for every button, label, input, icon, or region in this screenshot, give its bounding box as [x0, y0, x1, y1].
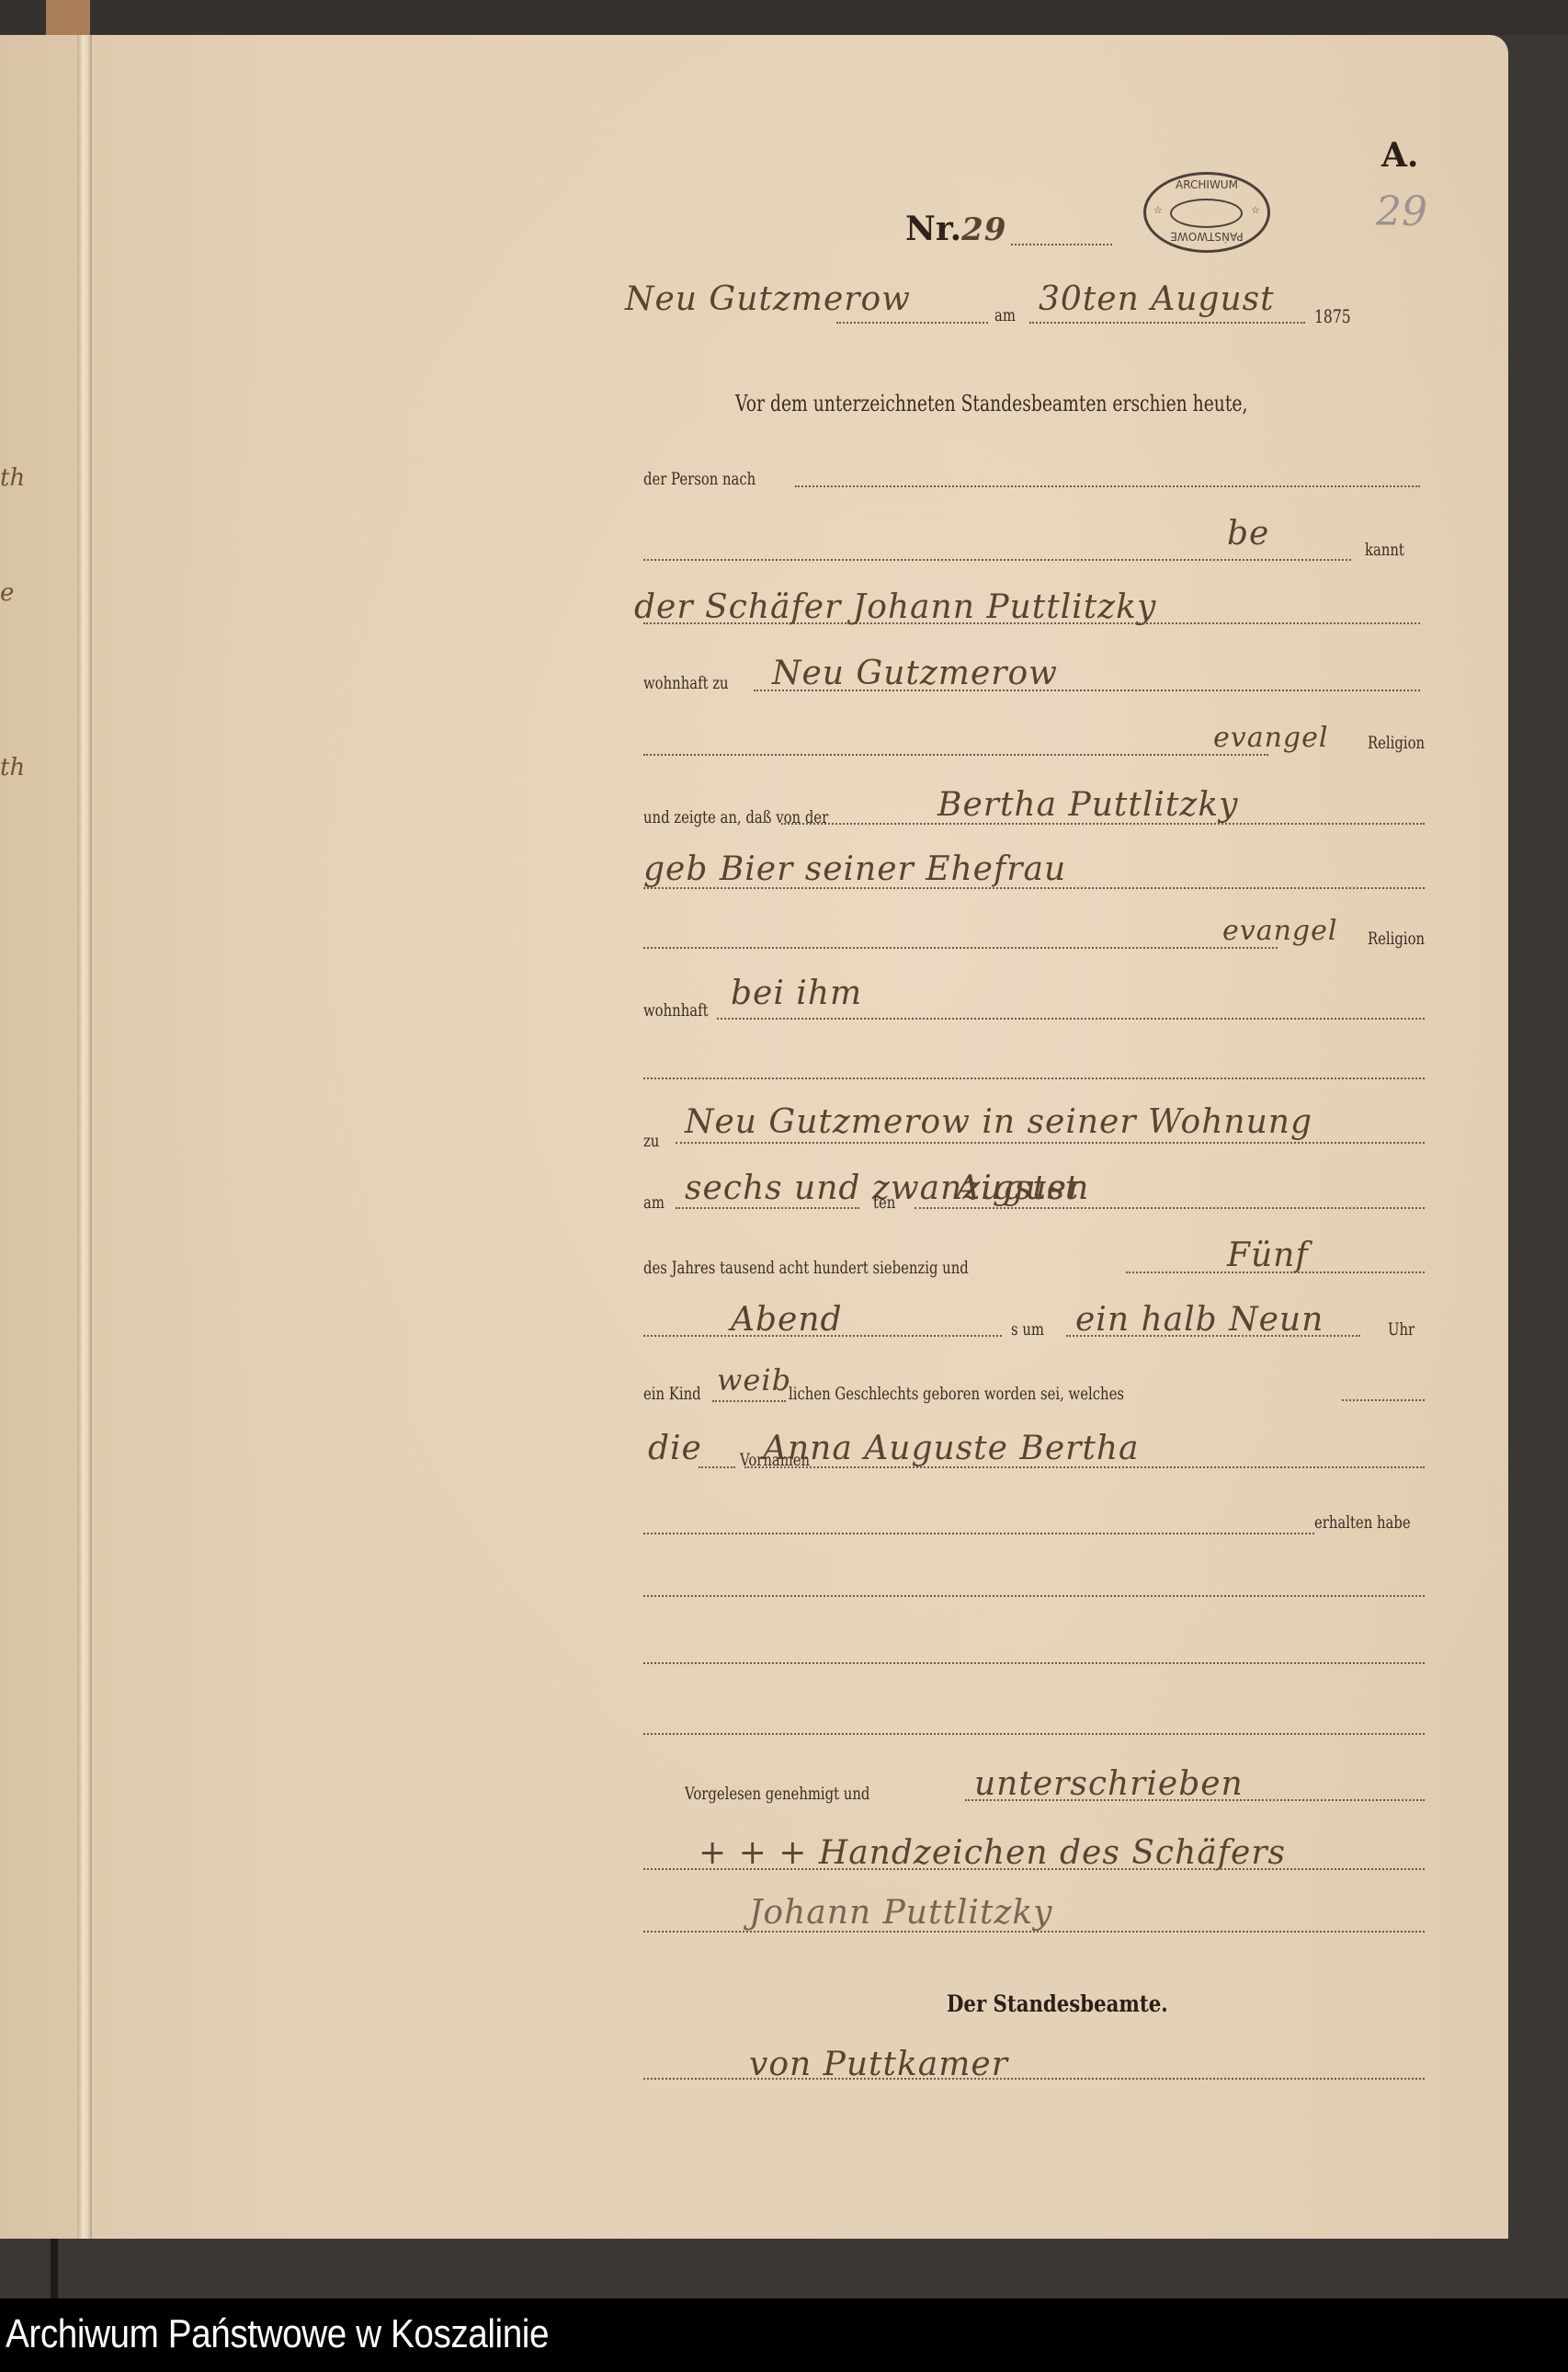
religion-label: Religion	[1368, 929, 1425, 949]
pencil-page-number: 29	[1376, 188, 1427, 235]
mother-residence-label: wohnhaft	[643, 1000, 709, 1021]
stamp-bottom-text: PAŃSTWOWE	[1146, 230, 1267, 243]
record-number-label: Nr.	[905, 210, 961, 248]
residence-label: wohnhaft zu	[643, 673, 729, 693]
dotted-line	[1011, 244, 1112, 245]
birth-year-handwritten: Fünf	[1227, 1237, 1309, 1274]
dotted-line	[1066, 1335, 1360, 1337]
official-title: Der Standesbeamte.	[947, 1990, 1168, 2017]
dotted-line	[643, 1931, 1425, 1933]
signature-mark-line: + + + Handzeichen des Schäfers	[699, 1834, 1286, 1872]
known-handwritten: be	[1227, 515, 1269, 553]
approval-handwritten: unterschrieben	[974, 1765, 1244, 1803]
archive-footer-label: Archiwum Państwowe w Koszalinie	[6, 2311, 549, 2357]
series-letter: A.	[1381, 136, 1418, 175]
names-prefix: die	[648, 1430, 702, 1467]
dotted-line	[643, 1733, 1425, 1735]
dotted-line	[1029, 322, 1305, 324]
birth-hour: ein halb Neun	[1075, 1301, 1324, 1339]
dotted-line	[836, 322, 988, 324]
star-icon: ☆	[1251, 204, 1260, 216]
dotted-line	[915, 1207, 1425, 1209]
dotted-line	[643, 1868, 1425, 1870]
dotted-line	[643, 1533, 1314, 1534]
declarant-signature: Johann Puttlitzky	[749, 1894, 1053, 1932]
birth-month: August	[956, 1169, 1079, 1207]
dotted-line	[643, 754, 1268, 756]
dotted-line	[712, 1400, 786, 1402]
day-suffix: ten	[873, 1192, 895, 1213]
person-label: der Person nach	[643, 469, 756, 489]
book-top-edge	[0, 0, 1568, 35]
known-suffix: kannt	[1365, 540, 1404, 560]
mother-maiden-name: geb Bier seiner Ehefrau	[643, 850, 1066, 888]
book-bottom-edge	[0, 2239, 1568, 2298]
declarant-residence: Neu Gutzmerow	[772, 655, 1058, 692]
dotted-line	[643, 887, 1425, 889]
dotted-line	[1126, 1272, 1425, 1273]
dotted-line	[965, 1799, 1425, 1801]
declarant-religion: evangel	[1213, 722, 1328, 754]
dotted-line	[699, 1466, 735, 1468]
dotted-line	[795, 485, 1420, 487]
mother-name: Bertha Puttlitzky	[937, 786, 1238, 824]
child-label: ein Kind	[643, 1384, 701, 1404]
dotted-line	[717, 1018, 1425, 1020]
dotted-line	[643, 2078, 1425, 2080]
left-page-fragment: th	[0, 464, 25, 492]
mother-religion: evangel	[1222, 915, 1337, 947]
dotted-line	[643, 1335, 1002, 1337]
record-place: Neu Gutzmerow	[625, 280, 911, 318]
religion-label: Religion	[1368, 733, 1425, 753]
date-connector: am	[994, 305, 1016, 325]
day-label: am	[643, 1192, 665, 1213]
record-date: 30ten August	[1039, 280, 1275, 318]
birthplace: Neu Gutzmerow in seiner Wohnung	[685, 1103, 1312, 1141]
left-page-fragment: th	[0, 754, 25, 781]
dotted-line	[676, 1142, 1425, 1144]
spine-gap	[51, 2239, 58, 2298]
dotted-line	[643, 622, 1420, 624]
child-names: Anna Auguste Bertha	[763, 1430, 1139, 1467]
record-year: 1875	[1314, 305, 1351, 327]
dotted-line	[781, 823, 1425, 825]
form-intro: Vor dem unterzeichneten Standesbeamten e…	[735, 391, 1247, 416]
hour-label: Uhr	[1388, 1319, 1415, 1340]
left-page-fragment: e	[0, 579, 14, 607]
sex-suffix: lichen Geschlechts geboren worden sei, w…	[789, 1384, 1124, 1404]
dotted-line	[744, 1466, 1425, 1468]
left-page-edge	[0, 35, 79, 2239]
stamp-top-text: ARCHIWUM	[1146, 178, 1267, 191]
star-icon: ☆	[1153, 204, 1163, 216]
received-label: erhalten habe	[1314, 1512, 1411, 1533]
binding-tab	[46, 0, 90, 35]
dotted-line	[643, 1662, 1425, 1664]
year-label: des Jahres tausend acht hundert siebenzi…	[643, 1258, 969, 1278]
dotted-line	[643, 947, 1278, 949]
dotted-line	[643, 1078, 1425, 1079]
record-number: Nr.29	[905, 210, 1006, 248]
stamp-inner-oval	[1170, 199, 1243, 228]
declarant-name: der Schäfer Johann Puttlitzky	[634, 588, 1156, 626]
archive-stamp: ARCHIWUM ☆ ☆ PAŃSTWOWE	[1143, 172, 1270, 253]
dotted-line	[754, 690, 1420, 691]
book-spine-crease	[77, 35, 92, 2239]
dotted-line	[676, 1207, 859, 1209]
time-connector: s um	[1011, 1319, 1044, 1340]
time-of-day: Abend	[731, 1301, 843, 1339]
record-number-value: 29	[961, 211, 1006, 248]
birthplace-label: zu	[643, 1131, 659, 1151]
dotted-line	[1342, 1399, 1425, 1401]
dotted-line	[643, 1595, 1425, 1597]
approval-label: Vorgelesen genehmigt und	[685, 1784, 869, 1804]
mother-residence: bei ihm	[731, 975, 862, 1012]
dotted-line	[643, 559, 1351, 561]
child-sex: weib	[717, 1363, 791, 1397]
